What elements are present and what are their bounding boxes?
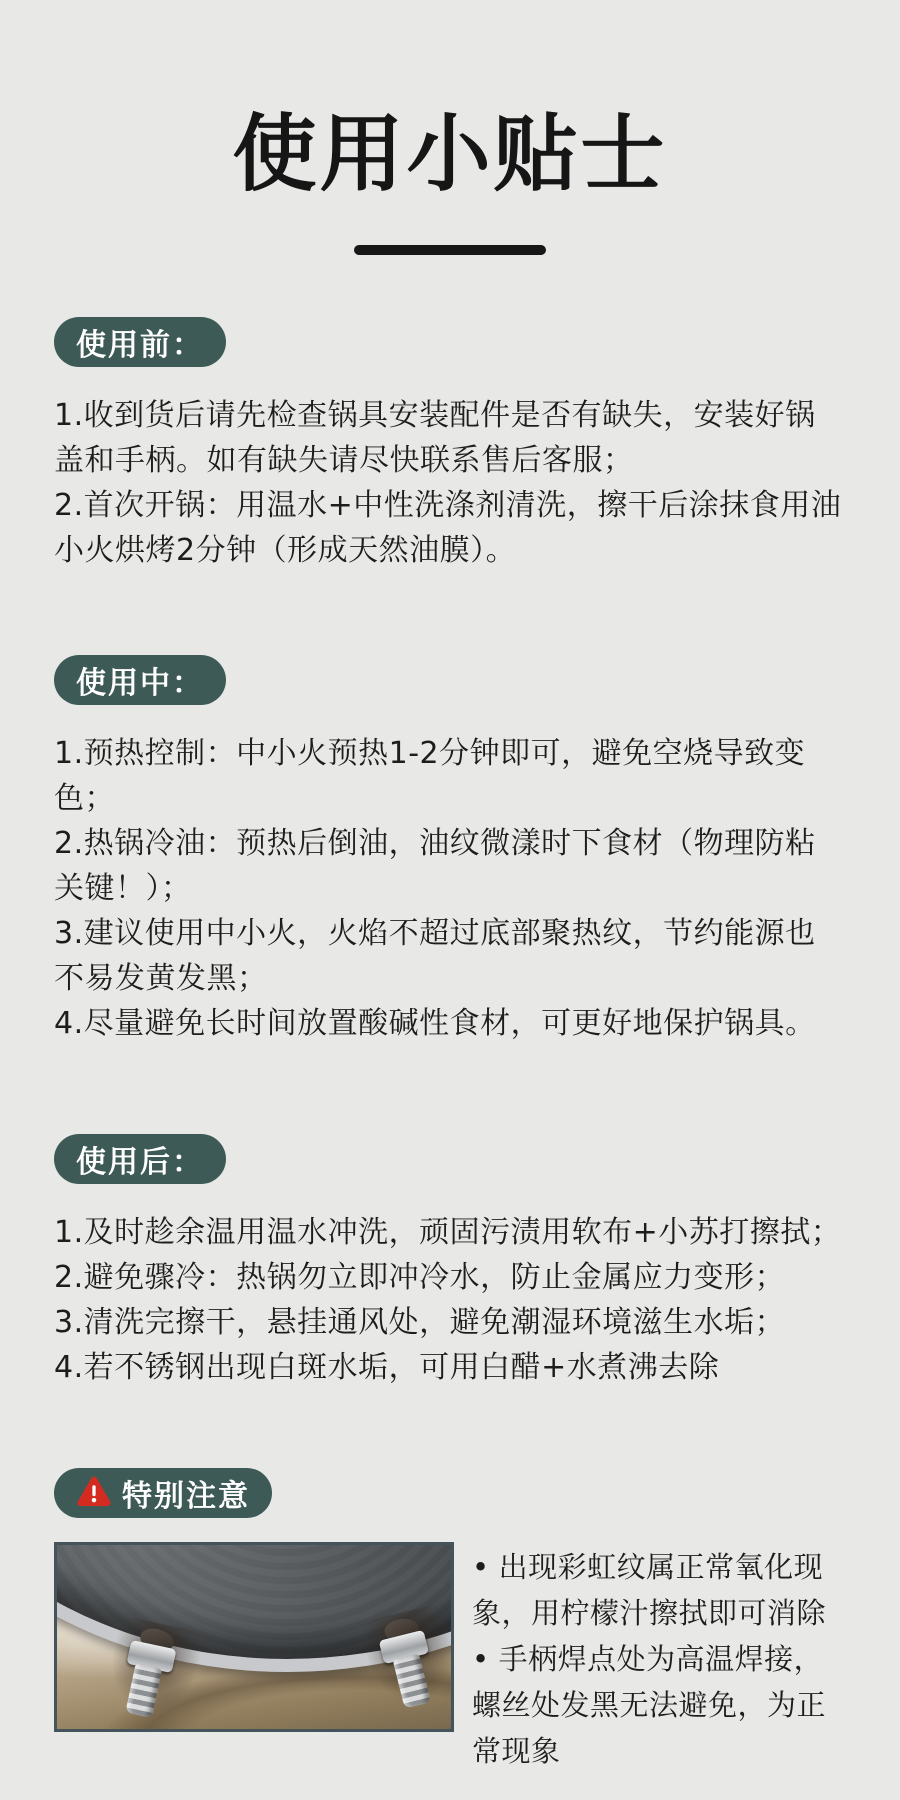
badge-before-use-label: 使用前：	[76, 320, 204, 364]
notice-bullet: •出现彩虹纹属正常氧化现象，用柠檬汁擦拭即可消除	[472, 1544, 846, 1636]
bullet-icon: •	[472, 1642, 490, 1676]
notice-bullet-text: 出现彩虹纹属正常氧化现象，用柠檬汁擦拭即可消除	[472, 1550, 826, 1630]
bullet-icon: •	[472, 1550, 490, 1584]
content-area: 使用前： 1.收到货后请先检查锅具安装配件是否有缺失，安装好锅盖和手柄。如有缺失…	[0, 317, 900, 1774]
tip-item: 1.收到货后请先检查锅具安装配件是否有缺失，安装好锅盖和手柄。如有缺失请尽快联系…	[54, 393, 846, 483]
usage-tips-page: 使用小贴士 使用前： 1.收到货后请先检查锅具安装配件是否有缺失，安装好锅盖和手…	[0, 0, 900, 1800]
tip-item: 3.建议使用中小火，火焰不超过底部聚热纹，节约能源也不易发黄发黑；	[54, 911, 846, 1001]
tip-item: 1.预热控制：中小火预热1-2分钟即可，避免空烧导致变色；	[54, 731, 846, 821]
tip-item: 3.清洗完擦干，悬挂通风处，避免潮湿环境滋生水垢；	[54, 1300, 846, 1345]
notice-row: •出现彩虹纹属正常氧化现象，用柠檬汁擦拭即可消除 •手柄焊点处为高温焊接，螺丝处…	[54, 1542, 846, 1774]
notice-bullet-text: 手柄焊点处为高温焊接，螺丝处发黑无法避免，为正常现象	[472, 1642, 826, 1768]
after-use-tips: 1.及时趁余温用温水冲洗，顽固污渍用软布+小苏打擦拭； 2.避免骤冷：热锅勿立即…	[54, 1210, 846, 1390]
section-during-use: 使用中： 1.预热控制：中小火预热1-2分钟即可，避免空烧导致变色； 2.热锅冷…	[54, 655, 846, 1046]
during-use-tips: 1.预热控制：中小火预热1-2分钟即可，避免空烧导致变色； 2.热锅冷油：预热后…	[54, 731, 846, 1046]
section-before-use: 使用前： 1.收到货后请先检查锅具安装配件是否有缺失，安装好锅盖和手柄。如有缺失…	[54, 317, 846, 573]
badge-after-use: 使用后：	[54, 1134, 226, 1184]
before-use-tips: 1.收到货后请先检查锅具安装配件是否有缺失，安装好锅盖和手柄。如有缺失请尽快联系…	[54, 393, 846, 573]
badge-special-notice-label: 特别注意	[122, 1471, 250, 1515]
tip-item: 4.若不锈钢出现白斑水垢，可用白醋+水煮沸去除	[54, 1345, 846, 1390]
warning-triangle-icon	[76, 1476, 112, 1509]
tip-item: 2.避免骤冷：热锅勿立即冲冷水，防止金属应力变形；	[54, 1255, 846, 1300]
page-title: 使用小贴士	[0, 0, 900, 205]
tip-item: 4.尽量避免长时间放置酸碱性食材，可更好地保护锅具。	[54, 1001, 846, 1046]
title-underline	[354, 245, 546, 255]
notice-bullet: •手柄焊点处为高温焊接，螺丝处发黑无法避免，为正常现象	[472, 1636, 846, 1774]
badge-special-notice: 特别注意	[54, 1468, 272, 1518]
screw-left-art	[106, 1630, 196, 1731]
wok-rim-screws-photo	[54, 1542, 454, 1732]
tip-item: 2.首次开锅：用温水+中性洗涤剂清洗，擦干后涂抹食用油小火烘烤2分钟（形成天然油…	[54, 483, 846, 573]
section-after-use: 使用后： 1.及时趁余温用温水冲洗，顽固污渍用软布+小苏打擦拭； 2.避免骤冷：…	[54, 1134, 846, 1390]
badge-before-use: 使用前：	[54, 317, 226, 367]
badge-after-use-label: 使用后：	[76, 1137, 204, 1181]
tip-item: 1.及时趁余温用温水冲洗，顽固污渍用软布+小苏打擦拭；	[54, 1210, 846, 1255]
badge-during-use: 使用中：	[54, 655, 226, 705]
badge-during-use-label: 使用中：	[76, 658, 204, 702]
screw-right-art	[369, 1617, 454, 1724]
tip-item: 2.热锅冷油：预热后倒油，油纹微漾时下食材（物理防粘关键！）；	[54, 821, 846, 911]
section-special-notice: 特别注意 •出现彩虹纹属正常氧化现象，用柠檬汁擦拭即可消除 •手柄焊点处为高温焊…	[54, 1468, 846, 1774]
notice-bullets: •出现彩虹纹属正常氧化现象，用柠檬汁擦拭即可消除 •手柄焊点处为高温焊接，螺丝处…	[472, 1542, 846, 1774]
